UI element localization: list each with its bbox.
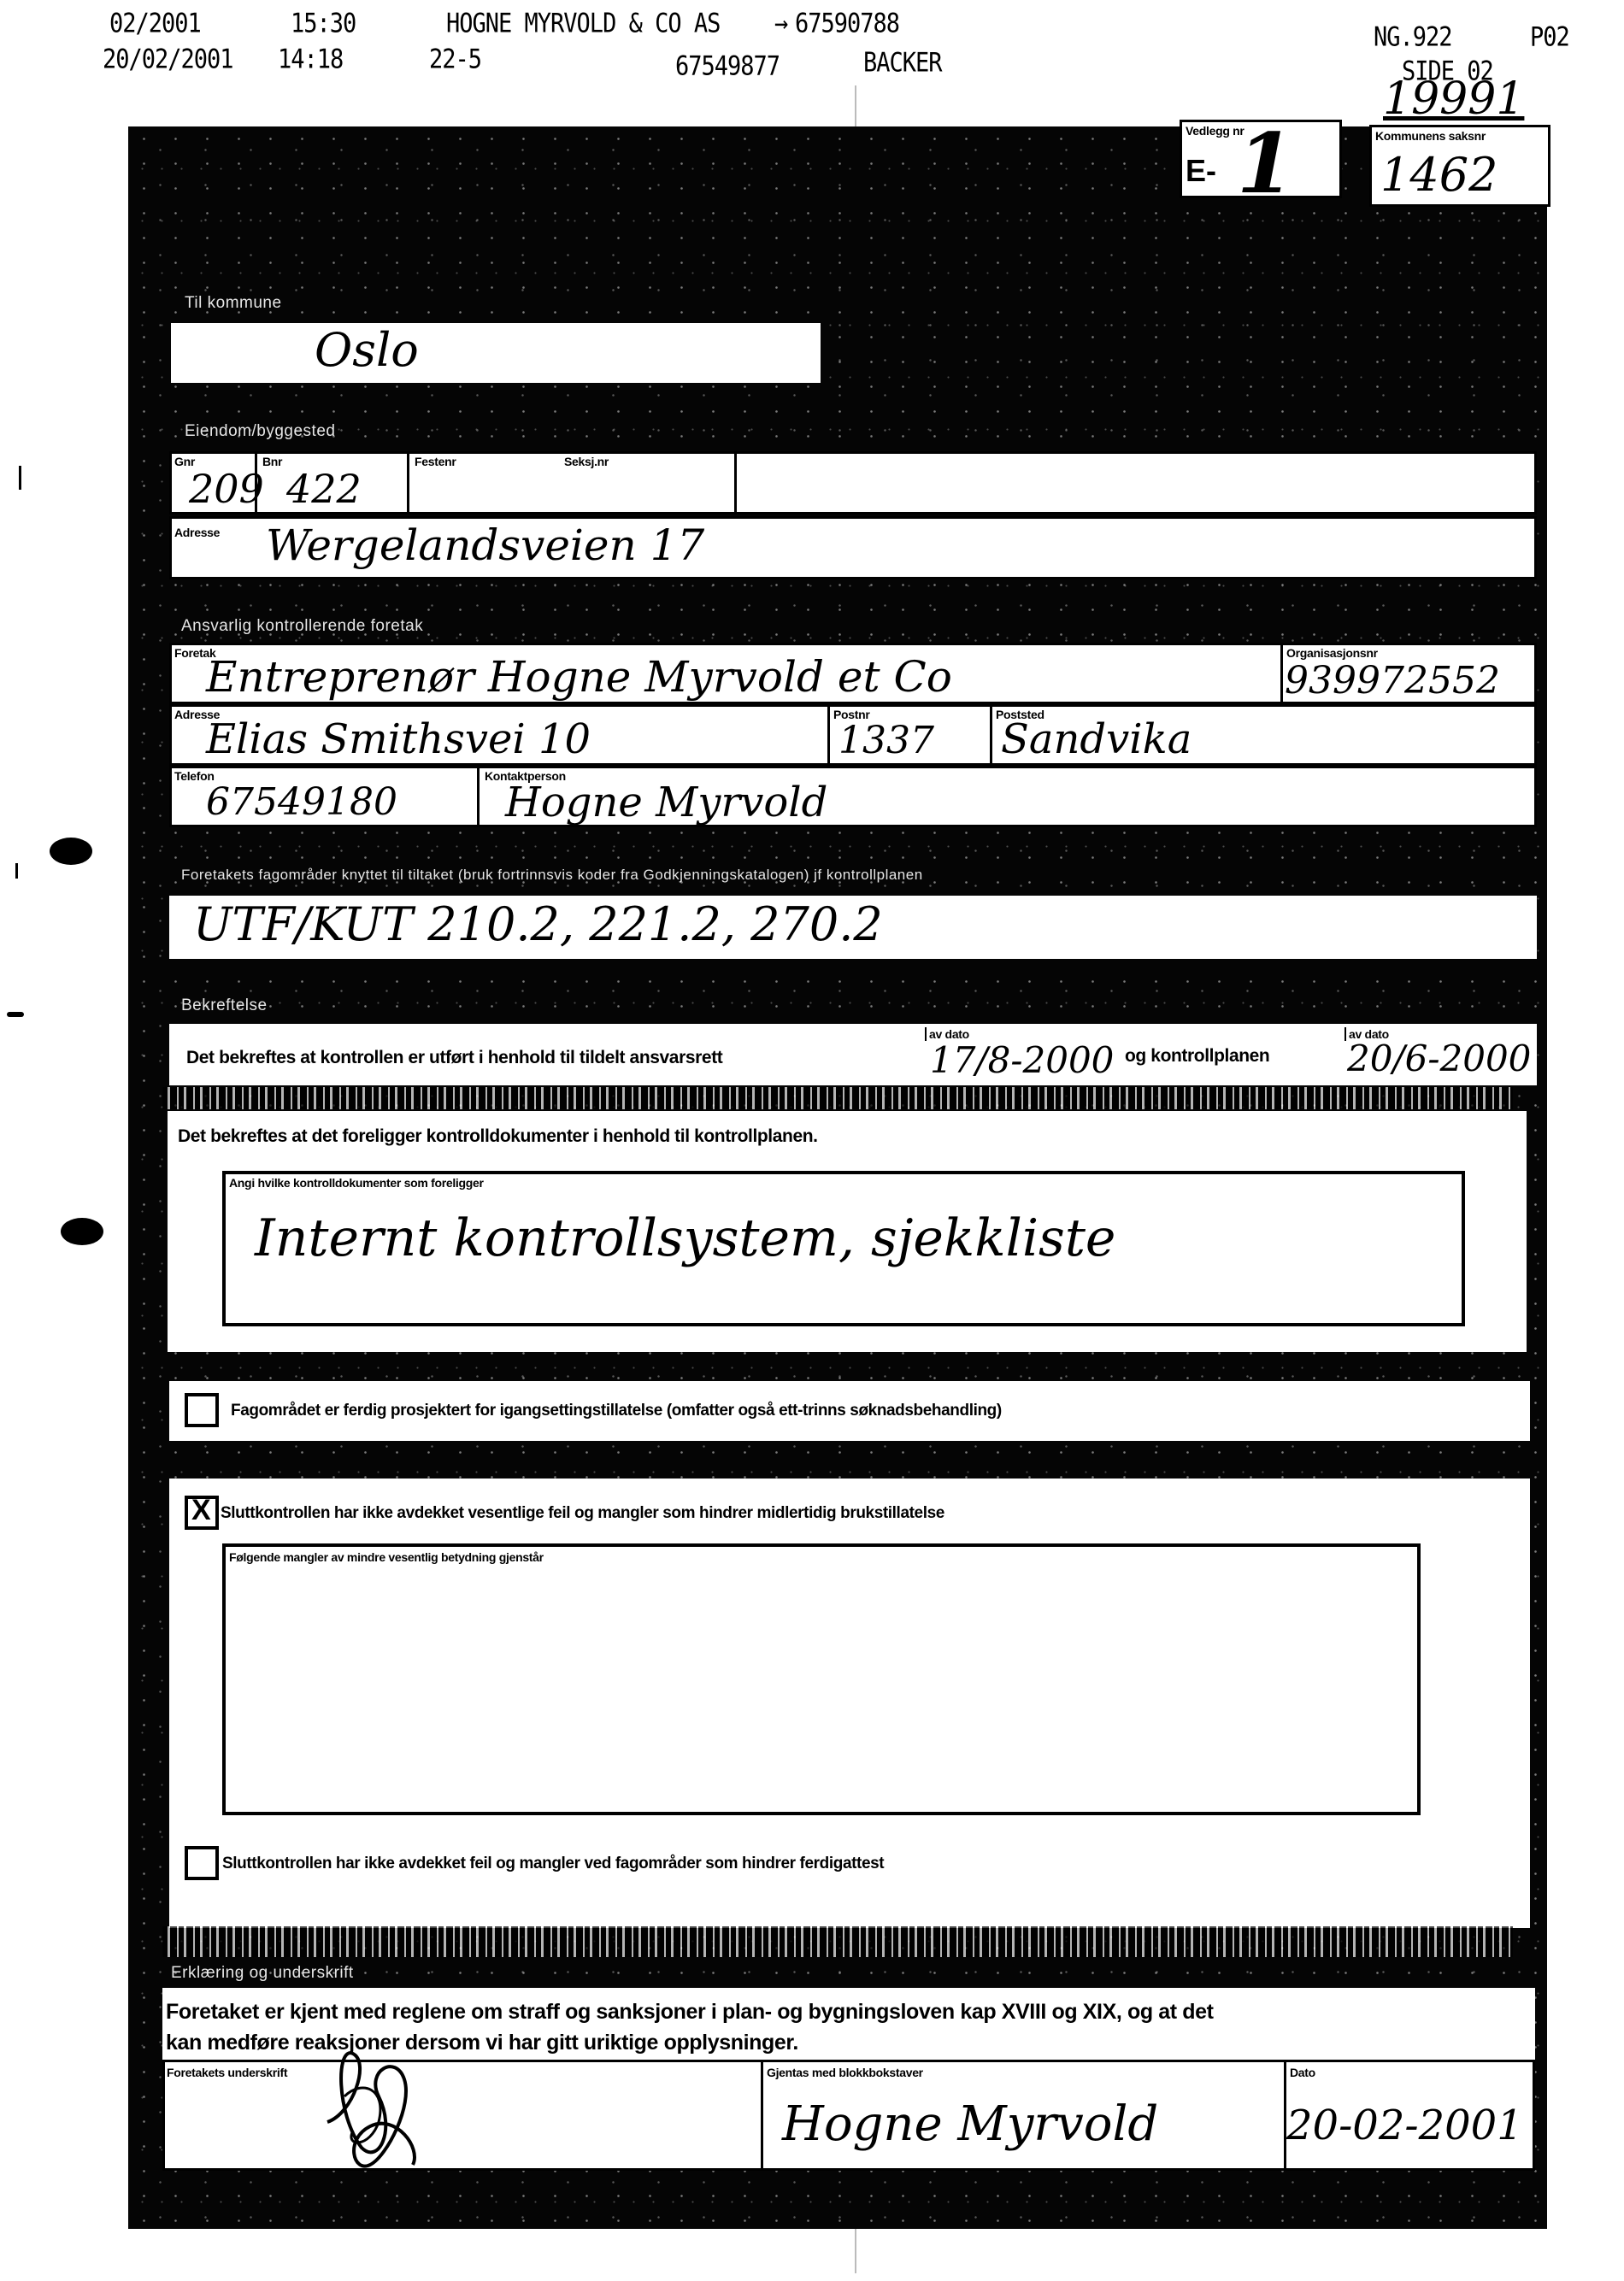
bekreftelse-line2: Det bekreftes at det foreligger kontroll… (168, 1111, 1527, 1352)
eiendom-label: Eiendom/byggested (185, 422, 335, 441)
bnr-cell[interactable]: Bnr 422 (257, 454, 409, 512)
bekreftelse-label: Bekreftelse (181, 996, 268, 1015)
gjentas-value: Hogne Myrvold (782, 2096, 1158, 2152)
til-kommune-value: Oslo (315, 323, 419, 377)
vedlegg-prefix: E- (1186, 153, 1216, 189)
gnr-cell[interactable]: Gnr 209 (172, 454, 257, 512)
adresse-label: Adresse (174, 526, 220, 539)
checkbox3-label: Sluttkontrollen har ikke avdekket feil o… (222, 1855, 884, 1873)
dato-cell[interactable]: Dato 20-02-2001 (1286, 2062, 1538, 2168)
postnr-cell[interactable]: Postnr 1337 (830, 707, 992, 763)
fagomrader-label: Foretakets fagområder knyttet til tiltak… (181, 867, 923, 884)
handwritten-reference: 19991 (1383, 73, 1524, 125)
adresse-field[interactable]: Adresse Wergelandsveien 17 (169, 516, 1537, 579)
checkbox-igangsetting[interactable] (185, 1393, 219, 1427)
kontaktperson-cell[interactable]: Kontaktperson Hogne Myrvold (480, 768, 1539, 825)
mangler-field[interactable]: Følgende mangler av mindre vesentlig bet… (222, 1543, 1421, 1815)
scan-band (162, 1087, 1513, 1109)
fax-line1-time: 15:30 (291, 9, 356, 39)
foretak-row2: Adresse Elias Smithsvei 10 Postnr 1337 P… (169, 704, 1537, 766)
kontrolldokumenter-label: Angi hvilke kontrolldokumenter som forel… (229, 1176, 484, 1190)
date1-value[interactable]: 17/8-2000 (930, 1039, 1114, 1081)
scan-mark (19, 466, 21, 490)
foretak-section-label: Ansvarlig kontrollerende foretak (181, 617, 423, 636)
eiendom-row1: Gnr 209 Bnr 422 Festenr Seksj.nr (169, 451, 1537, 514)
poststed-value: Sandvika (1001, 715, 1192, 763)
orgnr-label: Organisasjonsnr (1286, 646, 1378, 660)
festenr-label: Festenr (415, 455, 456, 468)
til-kommune-field[interactable]: Oslo (171, 323, 821, 383)
adresse-value: Wergelandsveien 17 (266, 520, 704, 570)
fax-recipient-number: 67590788 (795, 9, 899, 39)
saksnr-box[interactable]: Kommunens saksnr 1462 (1369, 125, 1550, 207)
orgnr-value: 939972552 (1285, 659, 1500, 703)
bekreftelse-line2-text: Det bekreftes at det foreligger kontroll… (178, 1126, 818, 1147)
fax-line2-time: 14:18 (278, 44, 343, 75)
scan-band (162, 1926, 1513, 1957)
erklaering-label: Erklæring og underskrift (171, 1964, 354, 1983)
checkbox2-section: X Sluttkontrollen har ikke avdekket vese… (169, 1479, 1530, 1928)
kontaktperson-value: Hogne Myrvold (505, 779, 827, 826)
foretak-row1: Foretak Entreprenør Hogne Myrvold et Co … (169, 643, 1537, 704)
gjentas-cell[interactable]: Gjentas med blokkbokstaver Hogne Myrvold (763, 2062, 1286, 2168)
vedlegg-box[interactable]: Vedlegg nr E- 1 (1180, 120, 1342, 198)
checkbox2-label: Sluttkontrollen har ikke avdekket vesent… (221, 1504, 944, 1523)
kontrolldokumenter-field[interactable]: Angi hvilke kontrolldokumenter som forel… (222, 1171, 1465, 1326)
gnr-value: 209 (189, 466, 264, 512)
form-frame: Vedlegg nr E- 1 Kommunens saksnr 1462 Ti… (128, 126, 1547, 2229)
checkbox-ferdigattest[interactable] (185, 1846, 219, 1880)
dato-value: 20-02-2001 (1286, 2102, 1523, 2149)
fagomrader-value: UTF/KUT 210.2, 221.2, 270.2 (193, 897, 883, 951)
saksnr-value: 1462 (1380, 148, 1497, 202)
telefon-cell[interactable]: Telefon 67549180 (172, 768, 480, 825)
checkmark-x-icon: X (191, 1494, 211, 1527)
postnr-value: 1337 (838, 719, 934, 762)
fax-line1-date: 02/2001 (109, 9, 201, 39)
telefon-value: 67549180 (206, 780, 397, 824)
bnr-value: 422 (286, 466, 362, 512)
foretak-row3: Telefon 67549180 Kontaktperson Hogne Myr… (169, 766, 1537, 827)
gjentas-label: Gjentas med blokkbokstaver (767, 2066, 923, 2079)
signatur-cell[interactable]: Foretakets underskrift (165, 2062, 763, 2168)
checkbox1-row: Fagområdet er ferdig prosjektert for iga… (169, 1381, 1530, 1441)
seksjonsnr-cell[interactable]: Seksj.nr (559, 454, 737, 512)
kontrollplanen-connector: og kontrollplanen (1125, 1046, 1269, 1067)
punch-hole-bottom (61, 1218, 103, 1245)
checkbox1-label: Fagområdet er ferdig prosjektert for iga… (231, 1402, 1002, 1420)
signature-row: Foretakets underskrift Gjentas med blokk… (162, 2060, 1535, 2171)
fax-ng-code: NG.922 (1374, 22, 1452, 53)
signature-scribble-icon (319, 2045, 430, 2173)
fax-line2-number: 67549877 (675, 51, 780, 82)
fax-line2-date: 20/02/2001 (103, 44, 233, 75)
kontrolldokumenter-value: Internt kontrollsystem, sjekkliste (255, 1208, 1115, 1268)
erklaering-text-line2: kan medføre reaksjoner dersom vi har git… (166, 2031, 798, 2055)
fax-line1-sender: HOGNE MYRVOLD & CO AS (446, 9, 720, 39)
punch-hole-top (50, 838, 92, 865)
fax-arrow-icon: → (774, 9, 787, 39)
orgnr-cell[interactable]: Organisasjonsnr 939972552 (1283, 645, 1539, 702)
bekreftelse-line1-text: Det bekreftes at kontrollen er utført i … (186, 1048, 722, 1068)
fax-line2-code: 22-5 (429, 44, 481, 75)
mangler-label: Følgende mangler av mindre vesentlig bet… (229, 1550, 544, 1564)
foretak-navn-cell[interactable]: Foretak Entreprenør Hogne Myrvold et Co (172, 645, 1283, 702)
seksjonsnr-label: Seksj.nr (564, 455, 609, 468)
vedlegg-label: Vedlegg nr (1186, 124, 1244, 138)
bekreftelse-line1: Det bekreftes at kontrollen er utført i … (169, 1024, 1537, 1085)
fax-line2-name: BACKER (863, 48, 942, 79)
fagomrader-field[interactable]: UTF/KUT 210.2, 221.2, 270.2 (169, 896, 1537, 959)
foretak-navn-value: Entreprenør Hogne Myrvold et Co (206, 652, 952, 702)
dato-label: Dato (1290, 2066, 1315, 2079)
festenr-cell[interactable]: Festenr (409, 454, 559, 512)
date2-value[interactable]: 20/6-2000 (1347, 1038, 1531, 1079)
scan-mark (7, 1012, 24, 1017)
til-kommune-label: Til kommune (185, 294, 282, 313)
foretak-adresse-cell[interactable]: Adresse Elias Smithsvei 10 (172, 707, 830, 763)
fax-page-code: P02 (1530, 22, 1569, 53)
vedlegg-value: 1 (1237, 115, 1294, 212)
erklaering-text-line1: Foretaket er kjent med reglene om straff… (166, 2000, 1214, 2025)
checkbox-brukstillatelse[interactable]: X (185, 1496, 219, 1530)
poststed-cell[interactable]: Poststed Sandvika (992, 707, 1539, 763)
foretak-adresse-value: Elias Smithsvei 10 (206, 715, 591, 763)
scan-mark (15, 863, 18, 879)
signatur-label: Foretakets underskrift (167, 2066, 287, 2079)
bnr-label: Bnr (262, 455, 282, 468)
saksnr-label: Kommunens saksnr (1375, 129, 1486, 143)
